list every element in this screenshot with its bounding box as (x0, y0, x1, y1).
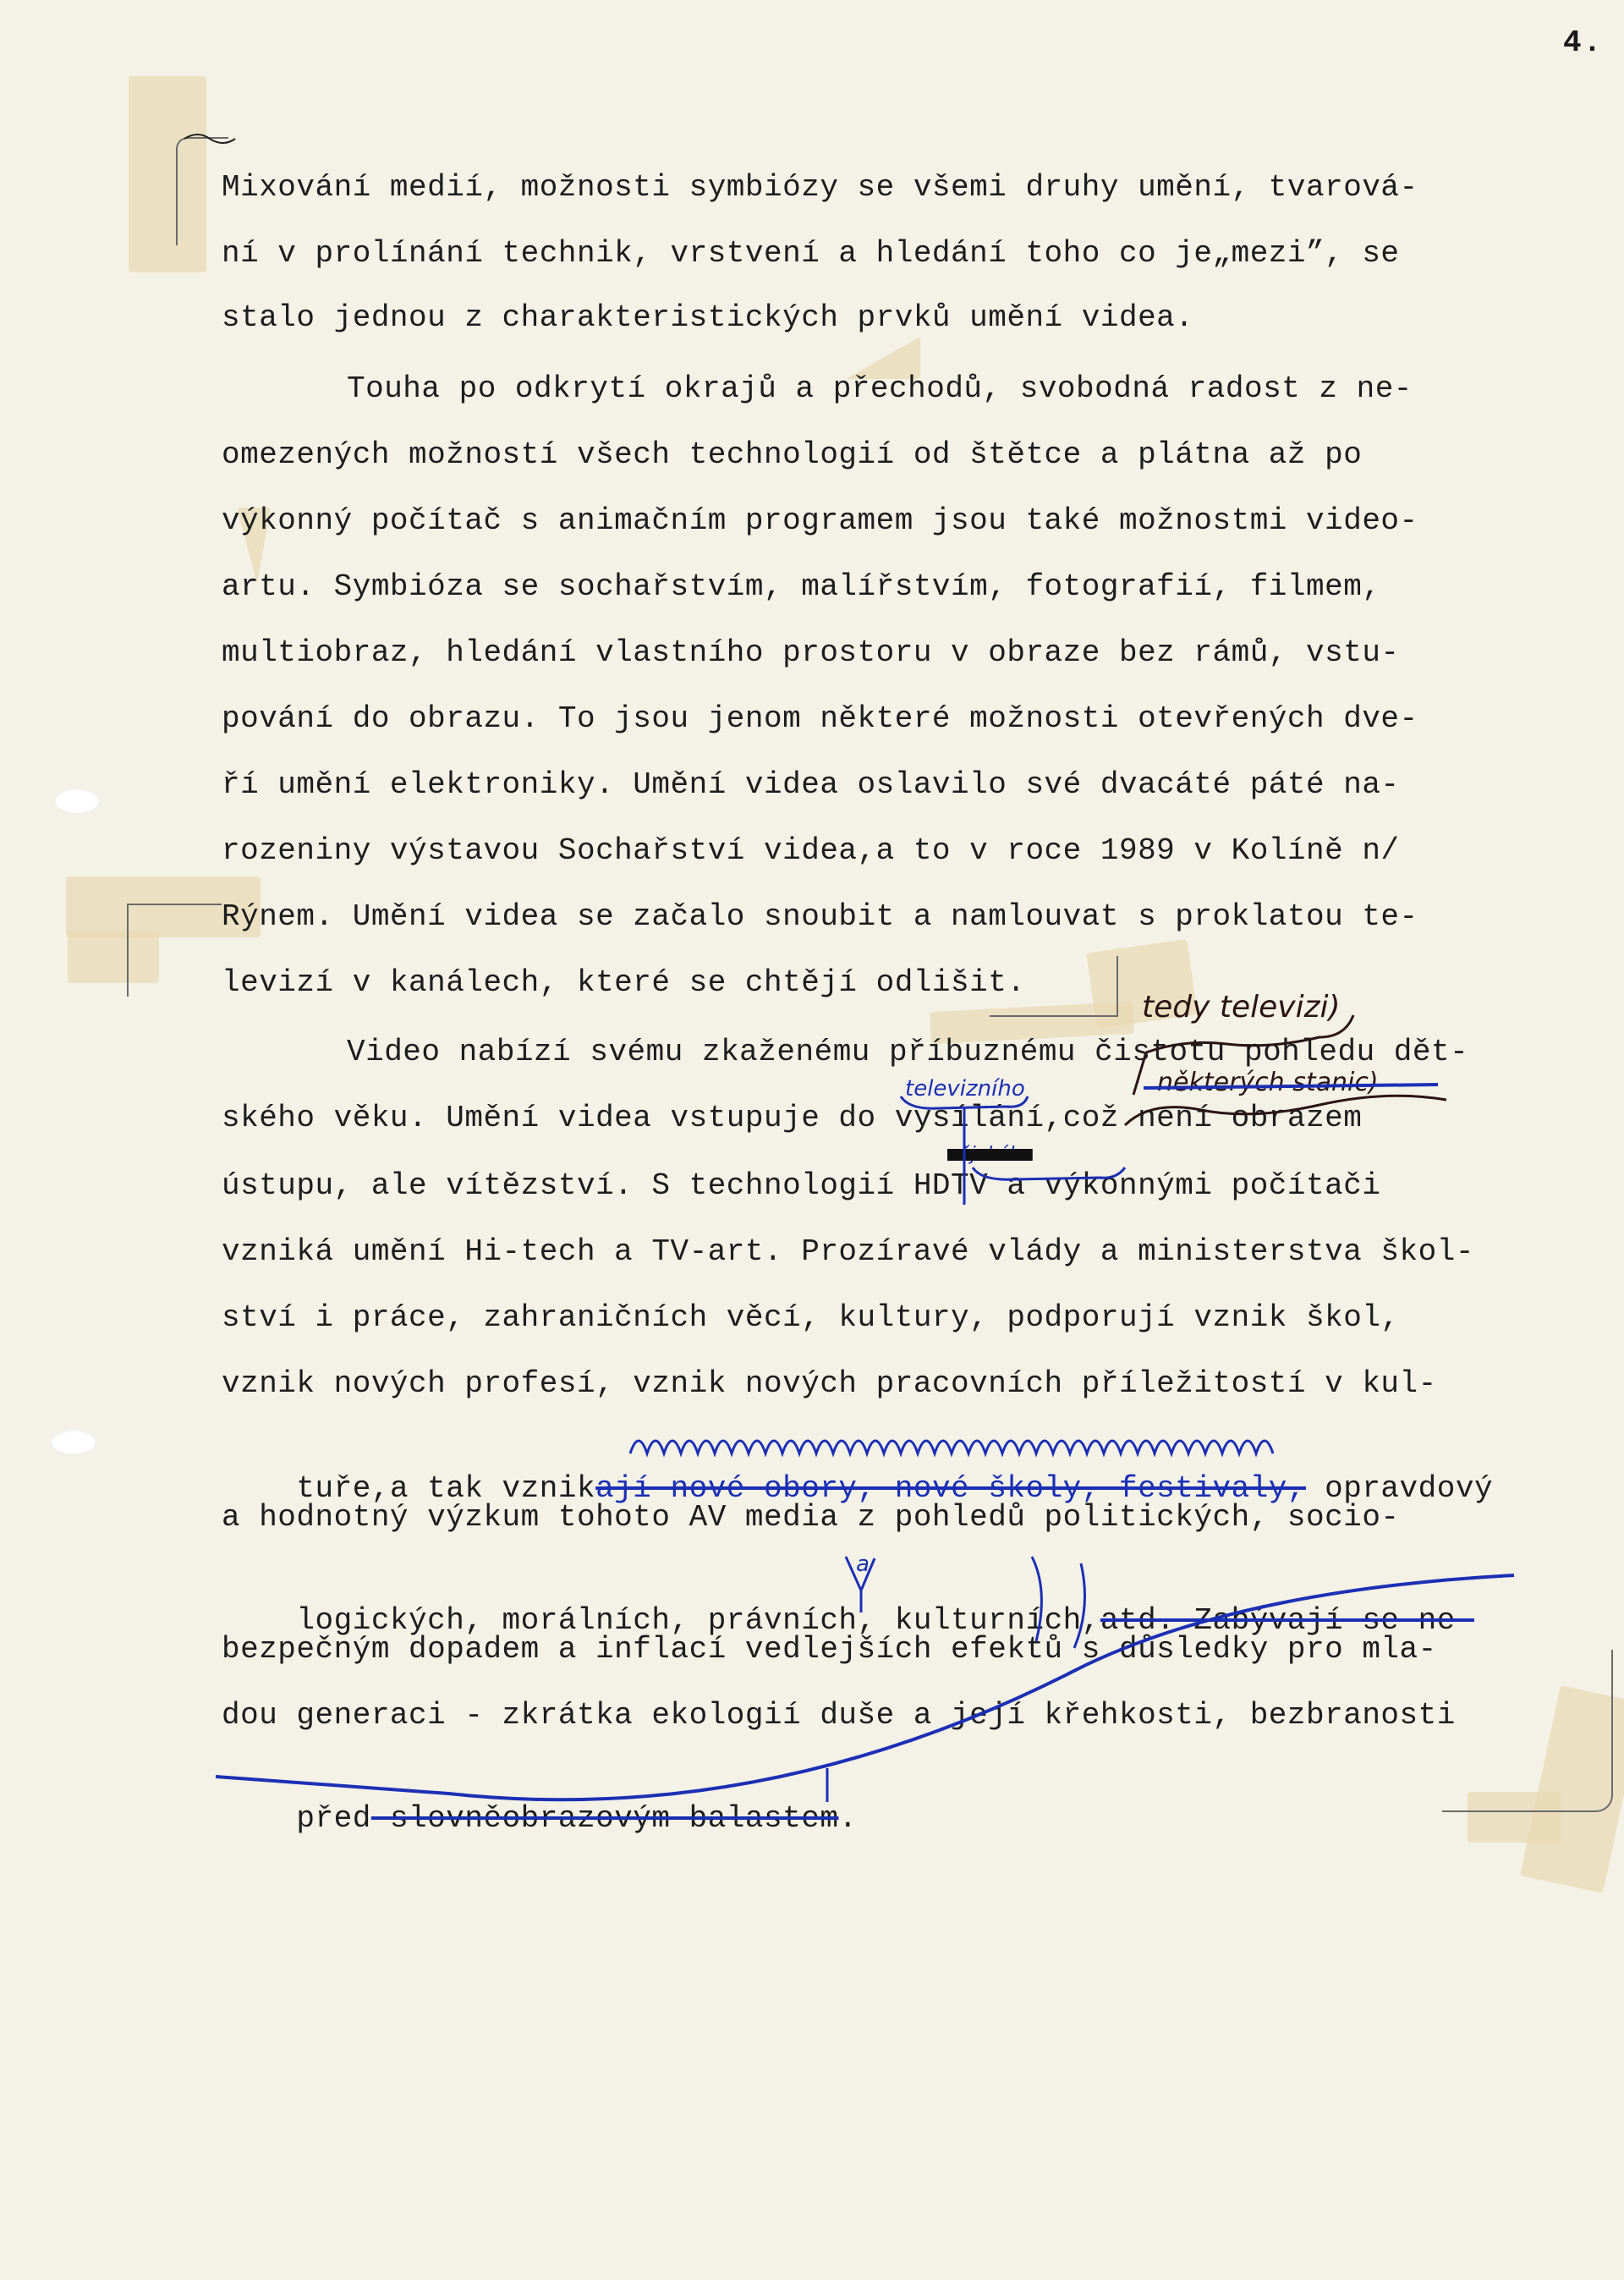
pen-strokes-overlay (0, 0, 1624, 2280)
